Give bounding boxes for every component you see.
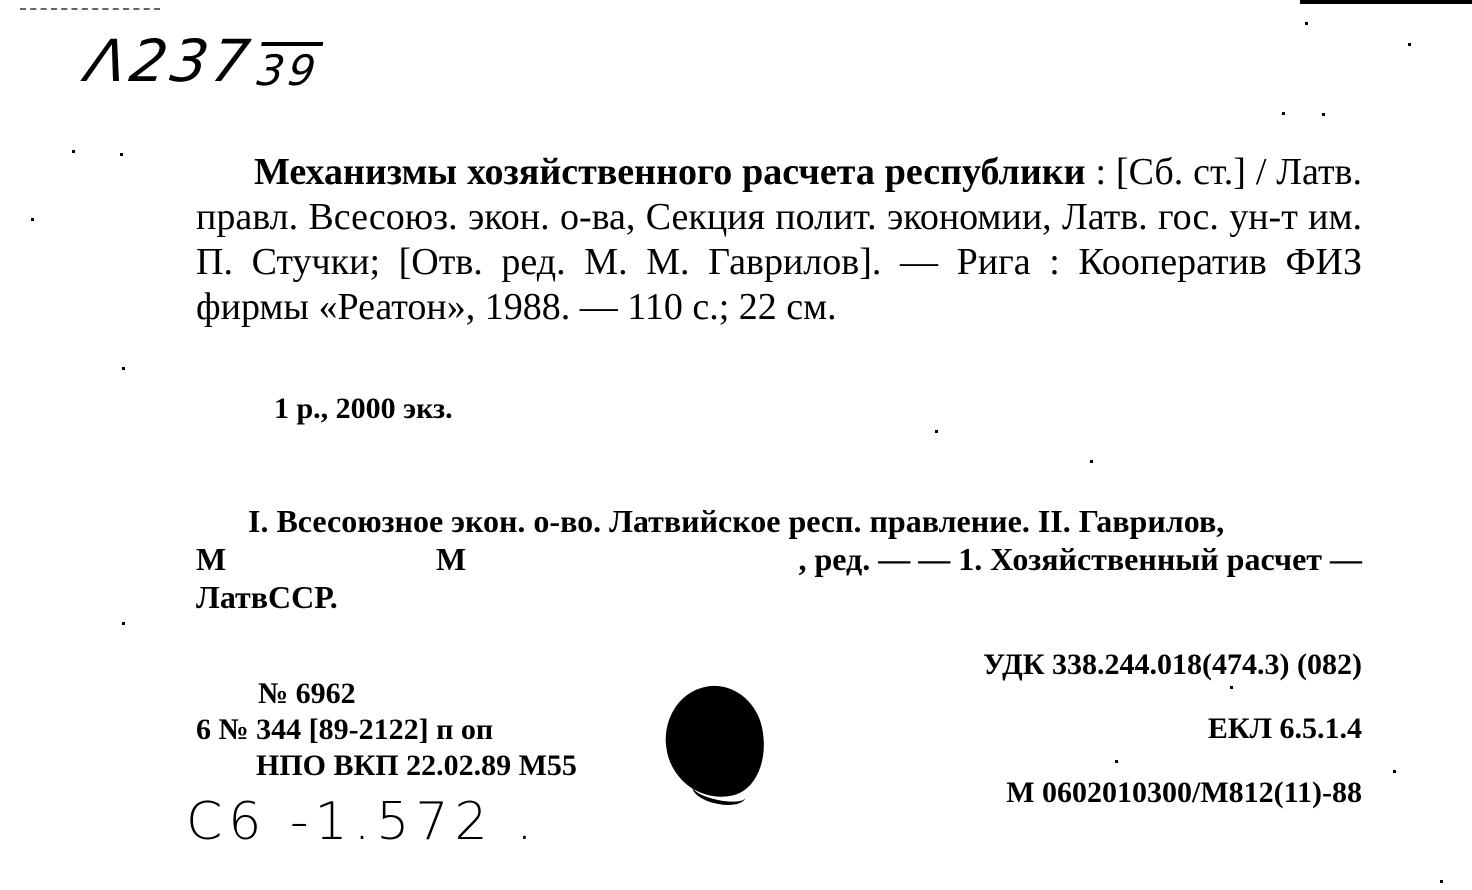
card-edge-marks	[20, 8, 160, 12]
price-edition: 1 р., 2000 экз.	[274, 392, 453, 426]
index-code: М 0602010300/М812(11)-88	[983, 772, 1362, 814]
scan-speck	[1305, 22, 1308, 25]
scan-speck	[1090, 460, 1093, 463]
handwritten-shelf-mark: Λ23739	[80, 26, 325, 106]
tracing-initial-1: М	[196, 540, 436, 578]
production-info: № 6962 6 № 344 [89-2122] п оп НПО ВКП 22…	[196, 676, 577, 784]
scan-speck	[1393, 770, 1396, 773]
scan-speck	[1282, 112, 1285, 115]
scan-speck	[1115, 760, 1118, 763]
tracing-initial-2: М	[436, 540, 676, 578]
scan-speck	[935, 430, 938, 433]
card-edge	[1300, 0, 1472, 4]
tracing-subject: , ред. — — 1. Хозяйственный расчет —	[676, 540, 1362, 578]
scan-speck	[1230, 686, 1233, 689]
tracings: I. Всесоюзное экон. о-во. Латвийское рес…	[196, 502, 1362, 616]
bibliographic-entry: Механизмы хозяйственного расчета республ…	[196, 150, 1362, 330]
entry-title: Механизмы хозяйственного расчета республ…	[254, 151, 1086, 193]
scan-speck	[1440, 880, 1443, 883]
plan-line: 6 № 344 [89-2122] п оп	[196, 712, 577, 748]
tracing-line-1: I. Всесоюзное экон. о-во. Латвийское рес…	[196, 502, 1362, 540]
catalog-card: Λ23739 Механизмы хозяйственного расчета …	[0, 0, 1472, 890]
scan-speck	[120, 153, 123, 156]
scan-speck	[1408, 43, 1411, 46]
handwritten-inventory-number: С6 -1.572 .	[186, 792, 539, 852]
scan-speck	[31, 218, 34, 221]
scan-speck	[122, 622, 125, 625]
scan-speck	[1322, 113, 1325, 116]
tracing-line-3: ЛатвССР.	[196, 578, 1362, 616]
ekl-code: ЕКЛ 6.5.1.4	[983, 708, 1362, 750]
tracing-line-2: М М , ред. — — 1. Хозяйственный расчет —	[196, 540, 1362, 578]
shelf-mark-suffix: 39	[254, 46, 322, 95]
scan-speck	[72, 150, 75, 153]
classification-codes: УДК 338.244.018(474.3) (082) ЕКЛ 6.5.1.4…	[983, 644, 1362, 836]
shelf-mark-main: Λ237	[82, 27, 258, 95]
udc-code: УДК 338.244.018(474.3) (082)	[983, 644, 1362, 686]
printer-line: НПО ВКП 22.02.89 М55	[196, 748, 577, 784]
order-number: № 6962	[196, 676, 577, 712]
scan-speck	[122, 367, 125, 370]
